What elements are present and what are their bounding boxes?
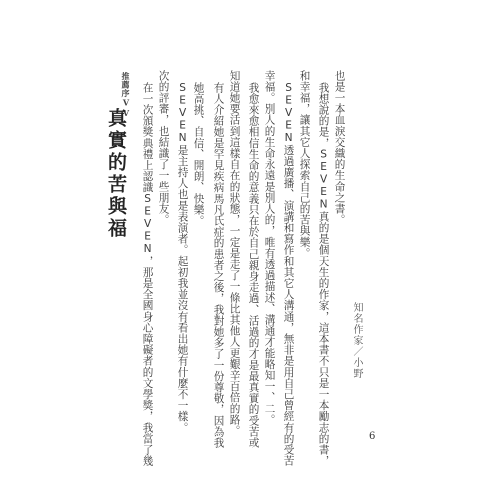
- book-page: 推薦序VV 真實的苦與福 在一次頒獎典禮上認識SEVEN，那是全國身心障礙者的文…: [0, 0, 486, 486]
- author-signature: 知名作家／小野: [351, 302, 361, 379]
- body-line-8: 幸福。別人的生命永遠是別人的，唯有透過描述、溝通才能略知一、二。: [264, 70, 275, 425]
- page-title: 真實的苦與福: [106, 108, 125, 240]
- body-line-7: 我愈來愈相信生命的意義只在於自己親身走過、活過的才是最真實的受苦或: [248, 82, 259, 448]
- body-line-12: 也是一本血淚交織的生命之書。: [334, 70, 345, 225]
- body-line-10: 和幸福，讓其它人探索自己的苦與樂。: [299, 70, 310, 259]
- page-number: 6: [369, 431, 375, 442]
- body-line-6: 知道她要活到這樣自在的狀態，一定是走了一條比其他人更艱辛百倍的路。: [229, 70, 240, 436]
- body-line-3: SEVEN是主持人也是表演者。起初我並沒有看出她有什麼不一樣。: [177, 82, 188, 433]
- body-line-5: 有人介紹她是罕見疾病馬凡氏症的患者之後，我對她多了一份尊敬，因為我: [213, 82, 224, 448]
- body-line-9: SEVEN透過廣播、演講和寫作和其它人溝通，無非是用自己曾經有的受苦: [283, 82, 294, 466]
- body-line-11: 我想說的是，SEVEN真的是個天生的作家，這本書不只是一本勵志的書，: [318, 82, 329, 466]
- body-line-1: 在一次頒獎典禮上認識SEVEN，那是全國身心障礙者的文學獎，我當了幾: [142, 82, 153, 466]
- body-line-4: 她高挑、自信、開朗、快樂。: [193, 82, 204, 226]
- body-line-2: 次的評審，也結識了一些朋友。: [158, 70, 169, 225]
